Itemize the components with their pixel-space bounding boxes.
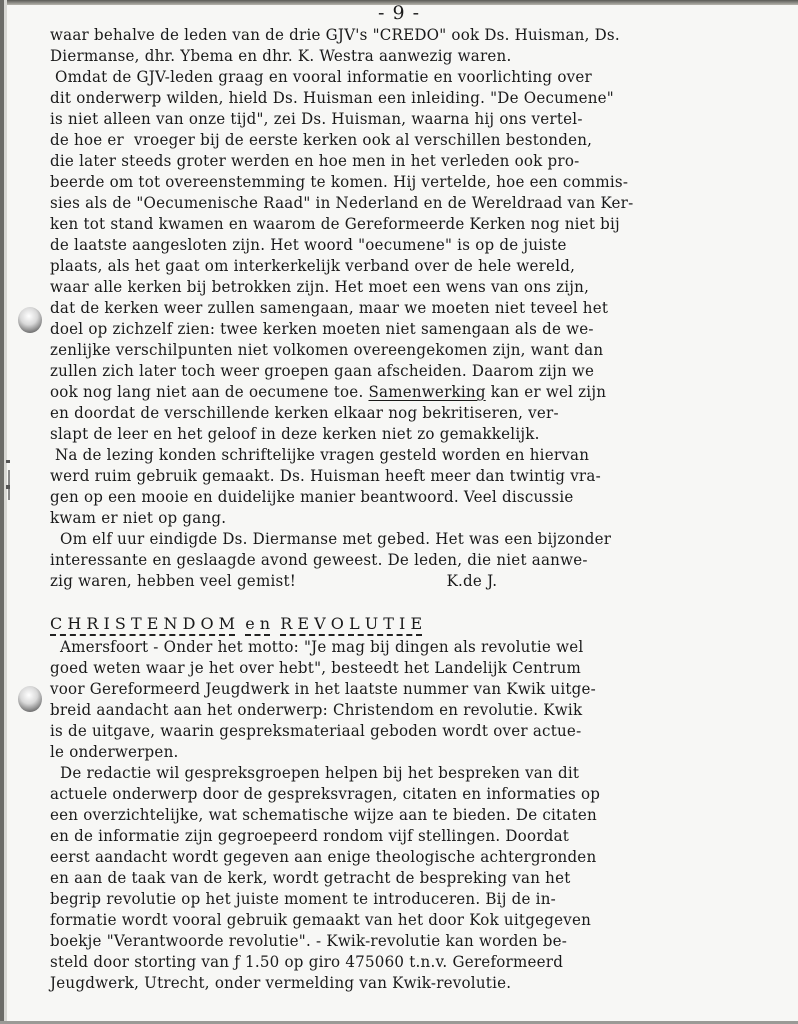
text-span: ook nog lang niet aan de oecumene toe. xyxy=(50,382,368,401)
text-line: actuele onderwerp door de gespreksvragen… xyxy=(50,783,738,804)
staple-mark xyxy=(6,485,10,489)
text-line: de hoe er vroeger bij de eerste kerken o… xyxy=(50,129,738,150)
text-line: dat de kerken weer zullen samengaan, maa… xyxy=(50,297,738,318)
text-line: ken tot stand kwamen en waarom de Gerefo… xyxy=(50,213,738,234)
text-line-underlined: ook nog lang niet aan de oecumene toe. S… xyxy=(50,381,738,402)
text-line: zig waren, hebben veel gemist! K.de J. xyxy=(50,570,738,591)
section-heading: C H R I S T E N D O M e n R E V O L U T … xyxy=(50,612,790,636)
text-line: en de informatie zijn gegroepeerd rondom… xyxy=(50,825,738,846)
text-line: breid aandacht aan het onderwerp: Christ… xyxy=(50,699,738,720)
text-line: Jeugdwerk, Utrecht, onder vermelding van… xyxy=(50,972,738,993)
text-line: plaats, als het gaat om interkerkelijk v… xyxy=(50,255,738,276)
text-line: slapt de leer en het geloof in deze kerk… xyxy=(50,423,738,444)
heading-part-christendom: C H R I S T E N D O M xyxy=(50,614,235,636)
text-line: de laatste aangesloten zijn. Het woord "… xyxy=(50,234,738,255)
heading-part-revolutie: R E V O L U T I E xyxy=(280,614,422,636)
text-line: formatie wordt vooral gebruik gemaakt va… xyxy=(50,909,738,930)
text-line: interessante en geslaagde avond geweest.… xyxy=(50,549,738,570)
text-line: die later steeds groter werden en hoe me… xyxy=(50,150,738,171)
scan-left-edge-shadow xyxy=(4,0,7,1024)
text-line: zullen zich later toch weer groepen gaan… xyxy=(50,360,738,381)
page-number: - 9 - xyxy=(0,2,798,24)
text-line: beerde om tot overeenstemming te komen. … xyxy=(50,171,738,192)
text-line: een overzichtelijke, wat schematische wi… xyxy=(50,804,738,825)
text-line: Om elf uur eindigde Ds. Diermanse met ge… xyxy=(50,528,738,549)
text-line: dit onderwerp wilden, hield Ds. Huisman … xyxy=(50,87,738,108)
text-line: werd ruim gebruik gemaakt. Ds. Huisman h… xyxy=(50,465,738,486)
text-line: Na de lezing konden schriftelijke vragen… xyxy=(50,444,738,465)
text-line: zenlijke verschilpunten niet volkomen ov… xyxy=(50,339,738,360)
punch-hole-icon xyxy=(18,686,42,712)
underlined-word: Samenwerking xyxy=(368,382,485,401)
text-span: kan er wel zijn xyxy=(486,382,606,401)
text-line: De redactie wil gespreksgroepen helpen b… xyxy=(50,762,738,783)
text-line: voor Gereformeerd Jeugdwerk in het laats… xyxy=(50,678,738,699)
text-line: en doordat de verschillende kerken elkaa… xyxy=(50,402,738,423)
text-line: is niet alleen van onze tijd", zei Ds. H… xyxy=(50,108,738,129)
article-meeting-report-continued: en doordat de verschillende kerken elkaa… xyxy=(50,402,790,591)
heading-part-en: e n xyxy=(245,614,270,636)
document-body: waar behalve de leden van de drie GJV's … xyxy=(50,24,790,993)
staple-mark xyxy=(6,460,10,463)
text-line: is de uitgave, waarin gespreksmateriaal … xyxy=(50,720,738,741)
text-line: kwam er niet op gang. xyxy=(50,507,738,528)
text-line: waar behalve de leden van de drie GJV's … xyxy=(50,24,738,45)
text-line: le onderwerpen. xyxy=(50,741,738,762)
text-line: gen op een mooie en duidelijke manier be… xyxy=(50,486,738,507)
article-meeting-report: waar behalve de leden van de drie GJV's … xyxy=(50,24,790,381)
article-christendom-revolutie: Amersfoort - Onder het motto: "Je mag bi… xyxy=(50,636,790,993)
text-line: steld door storting van ƒ 1.50 op giro 4… xyxy=(50,951,738,972)
text-line: begrip revolutie op het juiste moment te… xyxy=(50,888,738,909)
text-line: boekje "Verantwoorde revolutie". - Kwik-… xyxy=(50,930,738,951)
text-line: sies als de "Oecumenische Raad" in Neder… xyxy=(50,192,738,213)
punch-hole-icon xyxy=(18,307,42,333)
text-line: Diermanse, dhr. Ybema en dhr. K. Westra … xyxy=(50,45,738,66)
text-line: eerst aandacht wordt gegeven aan enige t… xyxy=(50,846,738,867)
text-line: goed weten waar je het over hebt", beste… xyxy=(50,657,738,678)
text-line: en aan de taak van de kerk, wordt getrac… xyxy=(50,867,738,888)
text-line: Amersfoort - Onder het motto: "Je mag bi… xyxy=(50,636,738,657)
text-line: Omdat de GJV-leden graag en vooral infor… xyxy=(50,66,738,87)
text-line: doel op zichzelf zien: twee kerken moete… xyxy=(50,318,738,339)
text-line: waar alle kerken bij betrokken zijn. Het… xyxy=(50,276,738,297)
